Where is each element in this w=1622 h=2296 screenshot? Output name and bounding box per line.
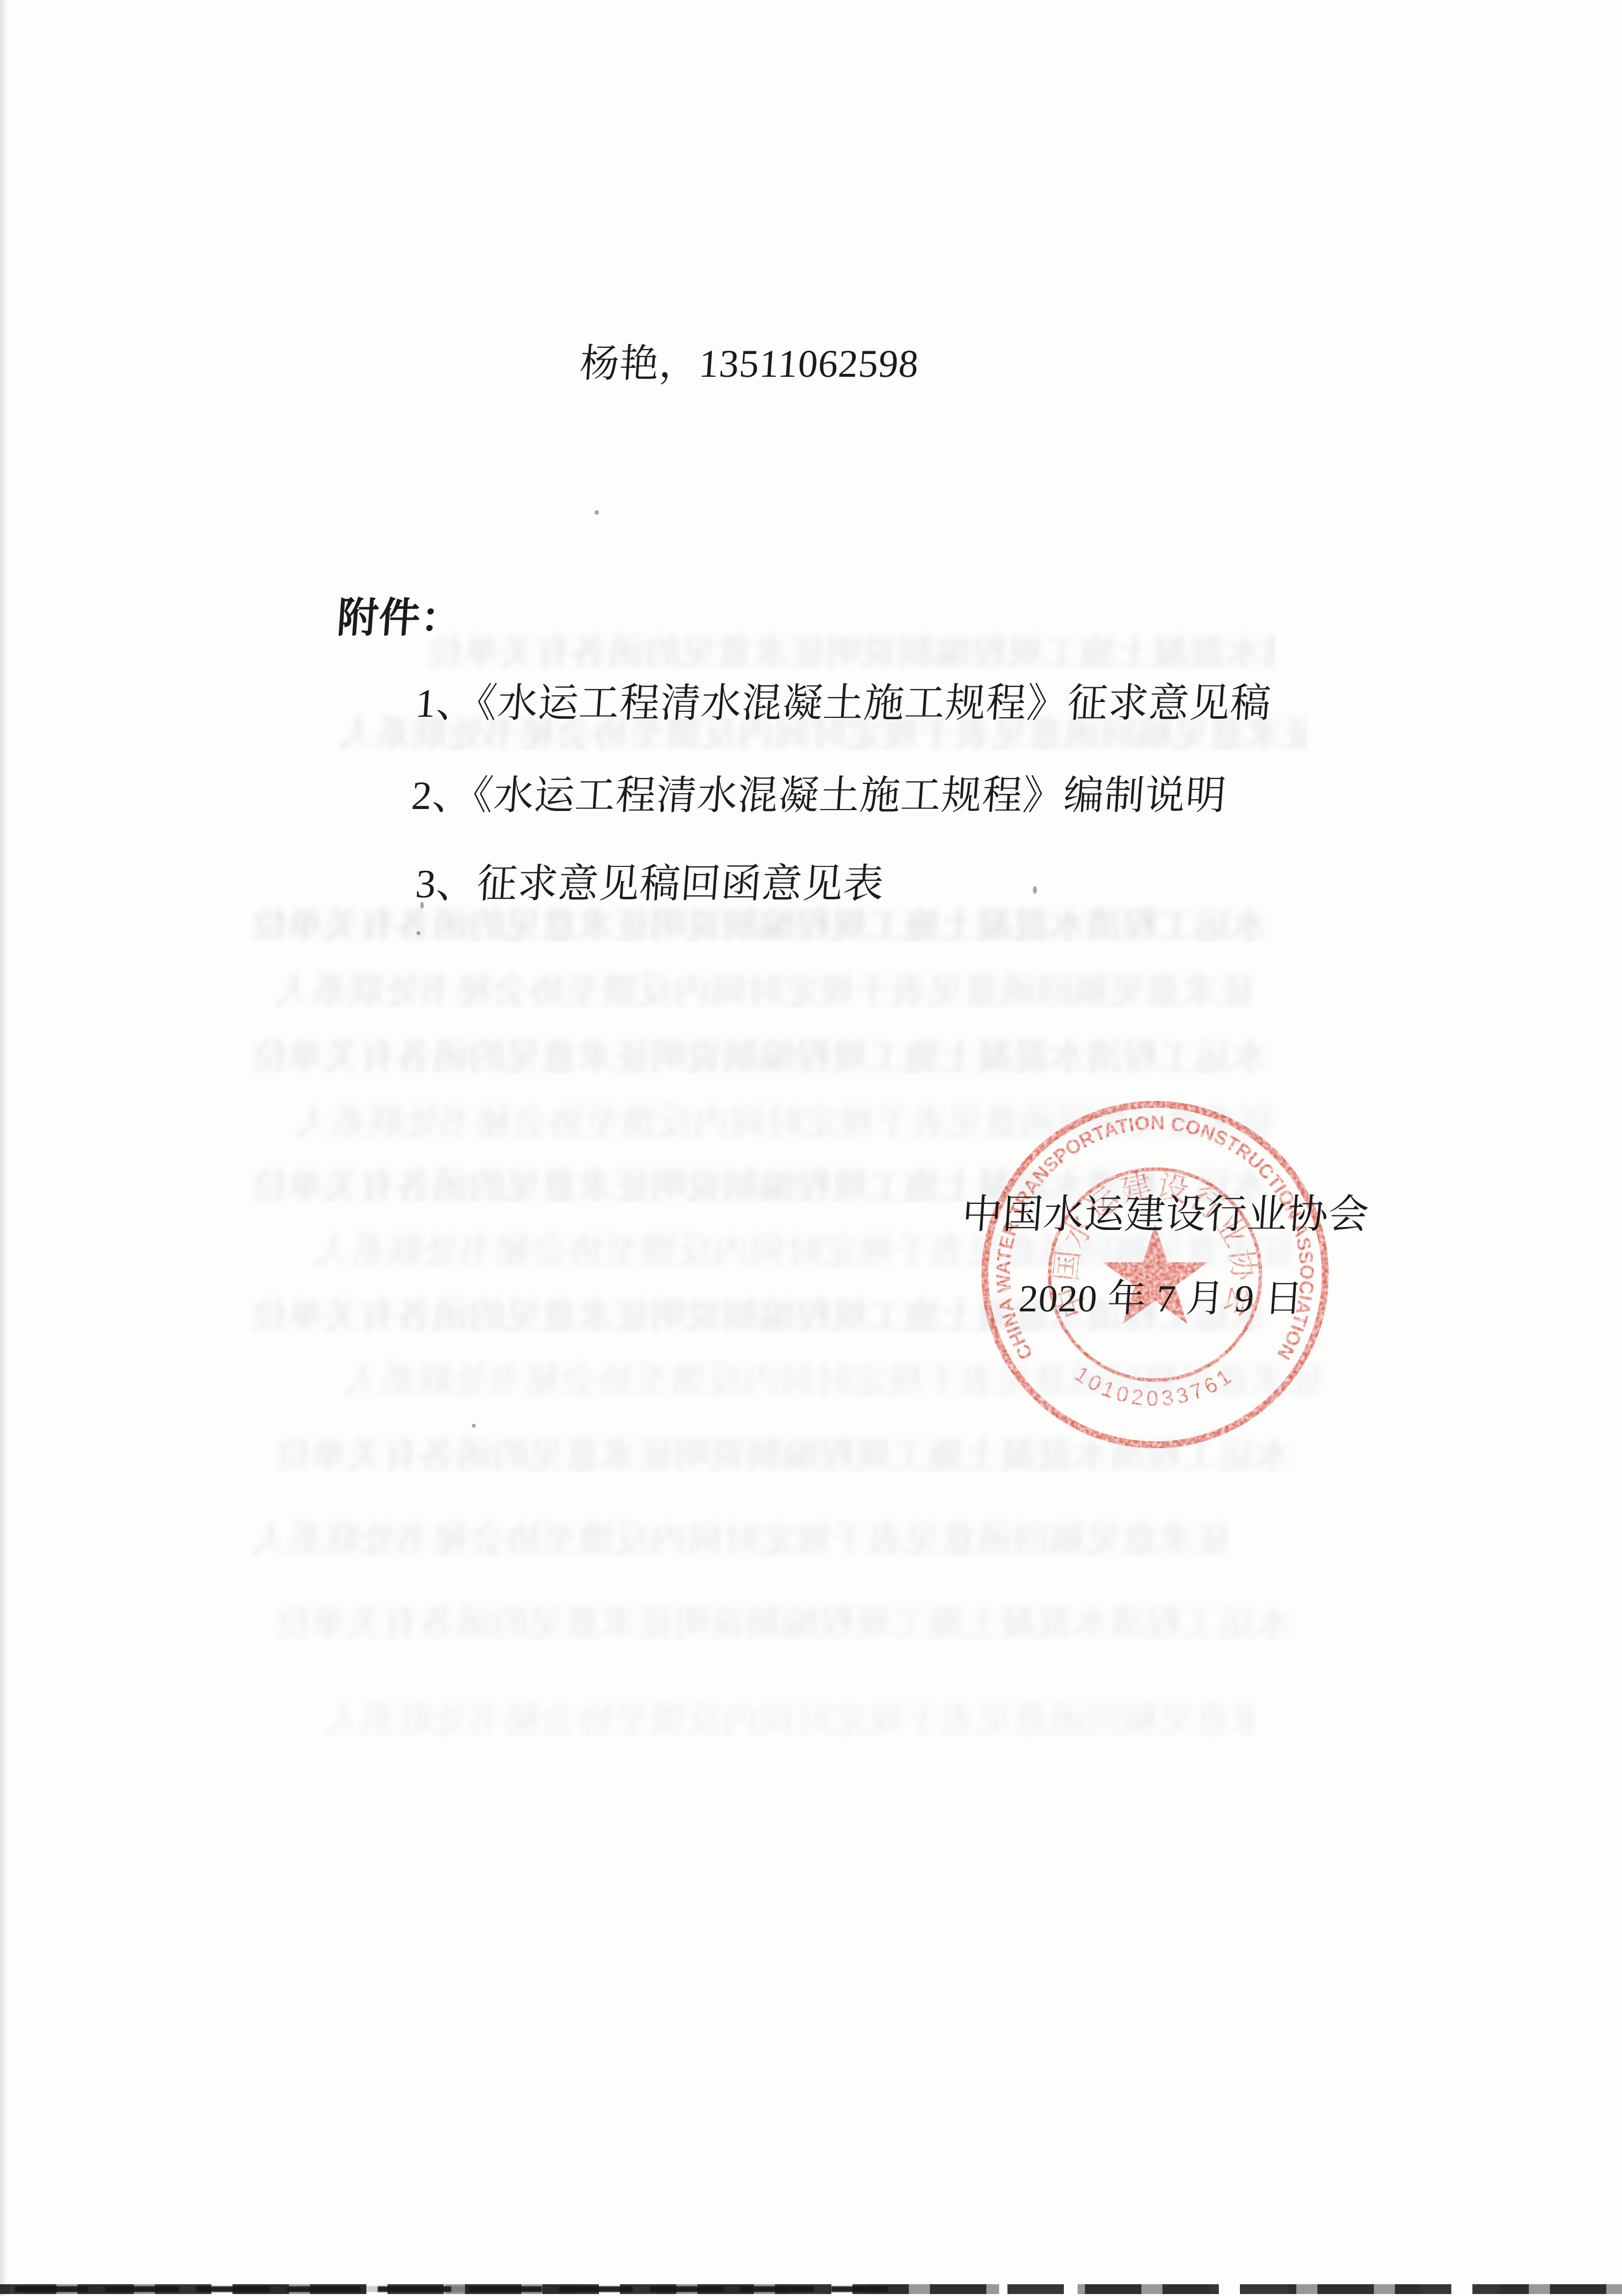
ink-speck: [1033, 886, 1037, 894]
contact-line: 杨艳，13511062598: [578, 332, 921, 388]
bleed-through-line: 征求意见稿回函意见表于规定时间内反馈至协会秘书处联系人: [324, 1692, 1256, 1737]
attachment-item-1: 1、《水运工程清水混凝土施工规程》征求意见稿: [414, 671, 1273, 729]
bleed-through-text: 征求意见稿回函意见表于规定时间内反馈至协会秘书处联系人: [324, 1692, 1256, 1737]
bleed-through-text: 水运工程清水混凝土施工规程编制说明征求意见的函各有关单位: [427, 624, 1275, 669]
attachment-item-3: 3、征求意见稿回函意见表: [414, 852, 886, 909]
ink-speck: [594, 510, 599, 515]
bleed-through-line: 征求意见稿回函意见表于规定时间内反馈至协会秘书处联系人: [275, 963, 1393, 1008]
bleed-through-line: 水运工程清水混凝土施工规程编制说明征求意见的函各有关单位: [427, 624, 1275, 669]
ink-speck: [420, 902, 424, 909]
ink-speck: [416, 931, 420, 935]
attachment-item-2: 2、《水运工程清水混凝土施工规程》编制说明: [410, 763, 1229, 821]
signature-organization: 中国水运建设行业协会: [960, 1182, 1371, 1240]
scanned-letter-page: 水运工程清水混凝土施工规程编制说明征求意见的函各有关单位 征求意见稿回函意见表于…: [0, 0, 1622, 2296]
bleed-through-text: 征求意见稿回函意见表于规定时间内反馈至协会秘书处联系人: [275, 963, 1257, 1008]
signature-date: 2020 年 7 月 9 日: [1017, 1268, 1305, 1323]
ink-speck: [472, 1424, 476, 1428]
attachments-label: 附件：: [335, 585, 464, 644]
scan-left-edge-artifact: [0, 0, 8, 2296]
scan-bottom-edge-artifact-dense: [15, 2286, 888, 2292]
bleed-through-line: 水运工程清水混凝土施工规程编制说明征求意见的函各有关单位: [251, 1028, 1394, 1073]
bleed-through-line: 征求意见稿回函意见表于规定时间内反馈至协会秘书处联系人: [251, 1511, 1394, 1556]
bleed-through-text: 征求意见稿回函意见表于规定时间内反馈至协会秘书处联系人: [251, 1511, 1233, 1556]
bleed-through-text: 水运工程清水混凝土施工规程编制说明征求意见的函各有关单位: [275, 1594, 1293, 1640]
bleed-through-text: 水运工程清水混凝土施工规程编制说明征求意见的函各有关单位: [251, 1028, 1269, 1073]
bleed-through-line: 水运工程清水混凝土施工规程编制说明征求意见的函各有关单位: [275, 1594, 1354, 1640]
